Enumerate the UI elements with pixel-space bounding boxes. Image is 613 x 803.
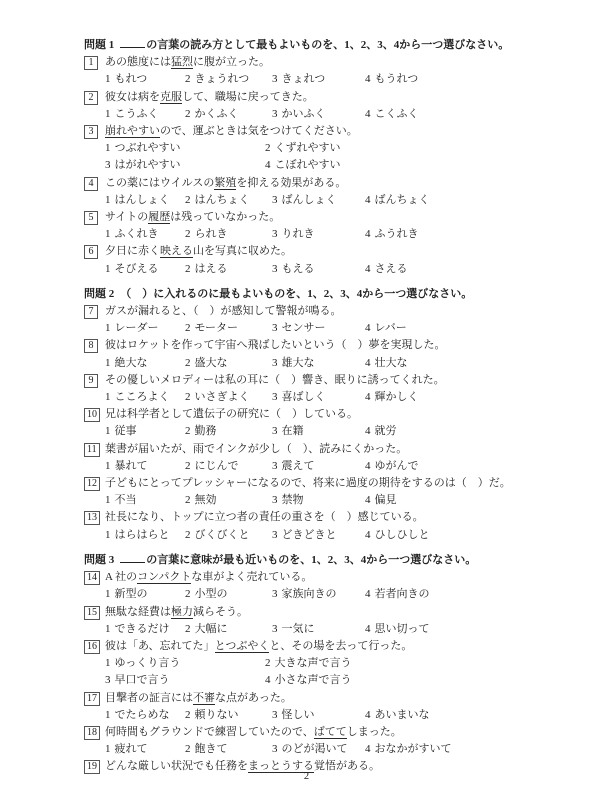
question-18: 18何時間もグラウンドで練習していたので、ばててしまった。1疲れて2飽きて3のど… <box>84 724 539 758</box>
section-heading-text: （ ）に入れるのに最もよいものを、1、2、3、4から一つ選びなさい。 <box>120 288 472 300</box>
sentence-text: と、その場を去って行った。 <box>269 640 412 652</box>
option-number: 2 <box>185 391 191 403</box>
question-16: 16彼は「あ、忘れてた」とつぶやくと、その場を去って行った。1ゆっくり言う2大き… <box>84 638 539 690</box>
option-number: 3 <box>272 743 278 755</box>
option-text: 勤務 <box>195 425 217 437</box>
option-number: 3 <box>272 529 278 541</box>
option-text: はんちょく <box>195 194 250 206</box>
options-row: 1そびえる2はえる3もえる4さえる <box>105 261 539 278</box>
option-text: こくふく <box>375 108 419 120</box>
option-number: 3 <box>272 494 278 506</box>
option-text: センサー <box>282 322 326 334</box>
options-row: 1不当2無効3禁物4偏見 <box>105 492 539 509</box>
sentence-text: な車がよく売れている。 <box>191 571 312 583</box>
option-1: 1不当 <box>105 492 185 509</box>
option-number: 1 <box>105 263 111 275</box>
option-1: 1暴れて <box>105 458 185 475</box>
option-2: 2くずれやすい <box>265 140 539 157</box>
option-2: 2大幅に <box>185 621 272 638</box>
options-row: 1従事2勤務3在籍4就労 <box>105 423 539 440</box>
question-number-box: 17 <box>84 692 100 706</box>
sentence-text: しまった。 <box>347 726 402 738</box>
option-number: 1 <box>105 194 111 206</box>
option-1: 1絶大な <box>105 355 185 372</box>
option-text: 喜ばしく <box>282 391 326 403</box>
option-text: 一気に <box>282 623 315 635</box>
options-row: 1つぶれやすい2くずれやすい3はがれやすい4こぼれやすい <box>105 140 539 174</box>
question-sentence: 社長になり、トップに立つ者の責任の重さを（ ）感じている。 <box>105 509 539 526</box>
sentence-text: 葉書が届いたが、雨でインクが少し（ ）、読みにくかった。 <box>105 443 407 455</box>
option-text: きょれつ <box>282 73 326 85</box>
question-sentence: 子どもにとってプレッシャーになるので、将来に過度の期待をするのは（ ）だ。 <box>105 475 539 492</box>
question-sentence: 彼女は病を克服して、職場に戻ってきた。 <box>105 89 539 106</box>
option-text: りれき <box>282 228 315 240</box>
underlined-term: 猛烈 <box>171 56 193 69</box>
question-sentence: A 社のコンパクトな車がよく売れている。 <box>105 569 539 586</box>
sentence-text: 夕日に赤く <box>105 245 160 257</box>
option-text: 怪しい <box>282 709 315 721</box>
sentence-text: を抑える効果がある。 <box>236 177 346 189</box>
option-text: できるだけ <box>115 623 170 635</box>
option-3: 3はがれやすい <box>105 157 265 174</box>
option-3: 3震えて <box>272 458 365 475</box>
options-row: 1できるだけ2大幅に3一気に4思い切って <box>105 621 539 638</box>
question-sentence: 夕日に赤く映える山を写真に収めた。 <box>105 243 539 260</box>
option-2: 2盛大な <box>185 355 272 372</box>
question-number-box: 5 <box>84 211 98 225</box>
option-text: 偏見 <box>375 494 397 506</box>
option-text: 早口で言う <box>115 674 170 686</box>
option-1: 1でたらめな <box>105 707 185 724</box>
option-number: 2 <box>185 425 191 437</box>
section-heading-prefix: 問題 3 <box>84 554 114 566</box>
question-10: 10兄は科学者として遺伝子の研究に（ ）している。1従事2勤務3在籍4就労 <box>84 406 539 440</box>
question-sentence: ガスが漏れると、（ ）が感知して警報が鳴る。 <box>105 303 539 320</box>
option-number: 1 <box>105 108 111 120</box>
sentence-text: 何時間もグラウンドで練習していたので、 <box>105 726 314 738</box>
option-number: 3 <box>272 709 278 721</box>
option-4: 4思い切って <box>365 621 539 638</box>
option-number: 2 <box>185 263 191 275</box>
option-3: 3怪しい <box>272 707 365 724</box>
option-text: でたらめな <box>115 709 170 721</box>
underlined-term: 克服 <box>160 91 182 104</box>
option-text: ふくれき <box>115 228 159 240</box>
option-number: 4 <box>365 529 371 541</box>
option-2: 2頼りない <box>185 707 272 724</box>
option-number: 4 <box>365 108 371 120</box>
option-4: 4こぼれやすい <box>265 157 539 174</box>
option-1: 1ふくれき <box>105 226 185 243</box>
section-heading: 問題 1の言葉の読み方として最もよいものを、1、2、3、4から一つ選びなさい。 <box>84 37 539 54</box>
option-2: 2モーター <box>185 320 272 337</box>
option-number: 4 <box>365 357 371 369</box>
option-text: ふうれき <box>375 228 419 240</box>
exam-page: 問題 1の言葉の読み方として最もよいものを、1、2、3、4から一つ選びなさい。1… <box>0 0 613 803</box>
option-text: 頼りない <box>195 709 239 721</box>
sentence-text: 目撃者の証言には <box>105 692 193 704</box>
options-row: 1こころよく2いさぎよく3喜ばしく4輝かしく <box>105 389 539 406</box>
sentence-text: 彼は「あ、忘れてた」 <box>105 640 215 652</box>
option-text: 絶大な <box>115 357 148 369</box>
question-13: 13社長になり、トップに立つ者の責任の重さを（ ）感じている。1はらはらと2びく… <box>84 509 539 543</box>
options-row: 1こうふく2かくふく3かいふく4こくふく <box>105 106 539 123</box>
option-3: 3喜ばしく <box>272 389 365 406</box>
question-14: 14A 社のコンパクトな車がよく売れている。1新型の2小型の3家族向きの4若者向… <box>84 569 539 603</box>
question-number-box: 16 <box>84 640 100 654</box>
option-text: びくびくと <box>195 529 250 541</box>
question-sentence: サイトの履歴は残っていなかった。 <box>105 209 539 226</box>
question-sentence: 彼はロケットを作って宇宙へ飛ばしたいという（ ）夢を実現した。 <box>105 337 539 354</box>
option-number: 2 <box>185 73 191 85</box>
option-text: こうふく <box>115 108 159 120</box>
option-text: 暴れて <box>115 460 148 472</box>
option-text: 禁物 <box>282 494 304 506</box>
options-row: 1ふくれき2られき3りれき4ふうれき <box>105 226 539 243</box>
option-text: 大きな声で言う <box>275 657 352 669</box>
options-row: 1でたらめな2頼りない3怪しい4あいまいな <box>105 707 539 724</box>
question-number-box: 14 <box>84 571 100 585</box>
sentence-text: A 社の <box>105 571 137 583</box>
option-number: 1 <box>105 73 111 85</box>
option-1: 1新型の <box>105 586 185 603</box>
option-number: 1 <box>105 228 111 240</box>
options-row: 1もれつ2きょうれつ3きょれつ4もうれつ <box>105 71 539 88</box>
sentence-text: サイトの <box>105 211 148 223</box>
option-4: 4小さな声で言う <box>265 672 539 689</box>
option-2: 2勤務 <box>185 423 272 440</box>
exam-content: 問題 1の言葉の読み方として最もよいものを、1、2、3、4から一つ選びなさい。1… <box>84 37 539 776</box>
option-3: 3かいふく <box>272 106 365 123</box>
option-number: 4 <box>365 460 371 472</box>
option-number: 1 <box>105 588 111 600</box>
sentence-text: 山を写真に収めた。 <box>193 245 292 257</box>
option-number: 1 <box>105 494 111 506</box>
option-4: 4ひしひしと <box>365 527 539 544</box>
option-text: おなかがすいて <box>375 743 452 755</box>
option-number: 2 <box>265 142 271 154</box>
option-number: 3 <box>105 159 111 171</box>
option-text: 無効 <box>195 494 217 506</box>
option-1: 1つぶれやすい <box>105 140 265 157</box>
option-number: 3 <box>272 108 278 120</box>
option-2: 2びくびくと <box>185 527 272 544</box>
option-text: 飽きて <box>195 743 228 755</box>
section-heading: 問題 3の言葉に意味が最も近いものを、1、2、3、4から一つ選びなさい。 <box>84 552 539 569</box>
option-number: 3 <box>272 588 278 600</box>
page-number: 2 <box>0 770 613 784</box>
sentence-text: 彼女は病を <box>105 91 160 103</box>
option-number: 4 <box>365 494 371 506</box>
options-row: 1レーダー2モーター3センサー4レバー <box>105 320 539 337</box>
sentence-text: 彼はロケットを作って宇宙へ飛ばしたいという（ ）夢を実現した。 <box>105 339 445 351</box>
section-heading-text: の言葉に意味が最も近いものを、1、2、3、4から一つ選びなさい。 <box>146 554 476 566</box>
question-sentence: その優しいメロディーは私の耳に（ ）響き、眠りに誘ってくれた。 <box>105 372 539 389</box>
option-3: 3もえる <box>272 261 365 278</box>
option-4: 4もうれつ <box>365 71 539 88</box>
question-number-box: 2 <box>84 91 98 105</box>
option-text: はえる <box>195 263 228 275</box>
option-1: 1従事 <box>105 423 185 440</box>
option-text: かいふく <box>282 108 326 120</box>
option-text: もえる <box>282 263 315 275</box>
option-1: 1こうふく <box>105 106 185 123</box>
option-3: 3りれき <box>272 226 365 243</box>
question-sentence: この薬にはウイルスの繁殖を抑える効果がある。 <box>105 175 539 192</box>
option-number: 1 <box>105 142 111 154</box>
question-8: 8彼はロケットを作って宇宙へ飛ばしたいという（ ）夢を実現した。1絶大な2盛大な… <box>84 337 539 371</box>
question-sentence: 何時間もグラウンドで練習していたので、ばててしまった。 <box>105 724 539 741</box>
option-number: 3 <box>272 357 278 369</box>
option-2: 2きょうれつ <box>185 71 272 88</box>
underlined-term: 映える <box>160 245 193 258</box>
option-3: 3在籍 <box>272 423 365 440</box>
sentence-text: して、職場に戻ってきた。 <box>182 91 314 103</box>
option-3: 3ばんしょく <box>272 192 365 209</box>
question-4: 4この薬にはウイルスの繁殖を抑える効果がある。1はんしょく2はんちょく3ばんしょ… <box>84 175 539 209</box>
option-2: 2飽きて <box>185 741 272 758</box>
option-2: 2はんちょく <box>185 192 272 209</box>
option-1: 1できるだけ <box>105 621 185 638</box>
option-number: 1 <box>105 743 111 755</box>
heading-blank-underline <box>120 44 145 48</box>
option-text: どきどきと <box>282 529 337 541</box>
option-number: 4 <box>365 425 371 437</box>
sentence-text: その優しいメロディーは私の耳に（ ）響き、眠りに誘ってくれた。 <box>105 374 445 386</box>
options-row: 1はらはらと2びくびくと3どきどきと4ひしひしと <box>105 527 539 544</box>
sentence-text: は残っていなかった。 <box>170 211 280 223</box>
option-3: 3センサー <box>272 320 365 337</box>
question-9: 9その優しいメロディーは私の耳に（ ）響き、眠りに誘ってくれた。1こころよく2い… <box>84 372 539 406</box>
question-number-box: 13 <box>84 511 100 525</box>
option-text: 家族向きの <box>282 588 337 600</box>
option-number: 1 <box>105 657 111 669</box>
option-text: くずれやすい <box>275 142 341 154</box>
option-text: いさぎよく <box>195 391 250 403</box>
section-2: 問題 2（ ）に入れるのに最もよいものを、1、2、3、4から一つ選びなさい。7ガ… <box>84 286 539 544</box>
option-text: そびえる <box>115 263 159 275</box>
option-text: 小さな声で言う <box>275 674 352 686</box>
question-17: 17目撃者の証言には不審な点があった。1でたらめな2頼りない3怪しい4あいまいな <box>84 690 539 724</box>
section-heading-prefix: 問題 1 <box>84 39 114 51</box>
question-number-box: 11 <box>84 443 100 457</box>
option-2: 2無効 <box>185 492 272 509</box>
option-number: 4 <box>365 322 371 334</box>
option-number: 4 <box>365 263 371 275</box>
option-text: はがれやすい <box>115 159 181 171</box>
option-text: ばんしょく <box>282 194 337 206</box>
underlined-term: コンパクト <box>137 571 191 584</box>
option-number: 3 <box>272 228 278 240</box>
underlined-term: 不審 <box>193 692 215 705</box>
option-2: 2られき <box>185 226 272 243</box>
option-3: 3どきどきと <box>272 527 365 544</box>
option-number: 1 <box>105 357 111 369</box>
option-text: 疲れて <box>115 743 148 755</box>
question-number-box: 7 <box>84 305 98 319</box>
options-row: 1絶大な2盛大な3雄大な4壮大な <box>105 355 539 372</box>
option-2: 2かくふく <box>185 106 272 123</box>
option-text: 不当 <box>115 494 137 506</box>
option-number: 1 <box>105 709 111 721</box>
section-heading: 問題 2（ ）に入れるのに最もよいものを、1、2、3、4から一つ選びなさい。 <box>84 286 539 303</box>
option-3: 3禁物 <box>272 492 365 509</box>
options-row: 1暴れて2にじんで3震えて4ゆがんで <box>105 458 539 475</box>
option-number: 2 <box>185 588 191 600</box>
option-number: 2 <box>185 709 191 721</box>
option-number: 2 <box>185 743 191 755</box>
option-number: 2 <box>185 322 191 334</box>
sentence-text: 社長になり、トップに立つ者の責任の重さを（ ）感じている。 <box>105 511 424 523</box>
sentence-text: 子どもにとってプレッシャーになるので、将来に過度の期待をするのは（ ）だ。 <box>105 477 511 489</box>
question-2: 2彼女は病を克服して、職場に戻ってきた。1こうふく2かくふく3かいふく4こくふく <box>84 89 539 123</box>
question-number-box: 15 <box>84 606 100 620</box>
option-number: 3 <box>272 263 278 275</box>
option-text: 輝かしく <box>375 391 419 403</box>
option-4: 4レバー <box>365 320 539 337</box>
question-15: 15無駄な経費は極力減らそう。1できるだけ2大幅に3一気に4思い切って <box>84 604 539 638</box>
question-11: 11葉書が届いたが、雨でインクが少し（ ）、読みにくかった。1暴れて2にじんで3… <box>84 441 539 475</box>
option-number: 4 <box>365 709 371 721</box>
question-5: 5サイトの履歴は残っていなかった。1ふくれき2られき3りれき4ふうれき <box>84 209 539 243</box>
option-number: 1 <box>105 623 111 635</box>
section-heading-text: の言葉の読み方として最もよいものを、1、2、3、4から一つ選びなさい。 <box>146 39 509 51</box>
option-text: 小型の <box>195 588 228 600</box>
question-sentence: 目撃者の証言には不審な点があった。 <box>105 690 539 707</box>
option-text: のどが渇いて <box>282 743 348 755</box>
option-text: 大幅に <box>195 623 228 635</box>
option-4: 4こくふく <box>365 106 539 123</box>
option-number: 4 <box>365 228 371 240</box>
sentence-text: ので、運ぶときは気をつけてください。 <box>160 125 358 137</box>
option-text: 新型の <box>115 588 148 600</box>
option-1: 1レーダー <box>105 320 185 337</box>
option-2: 2いさぎよく <box>185 389 272 406</box>
sentence-text: 兄は科学者として遺伝子の研究に（ ）している。 <box>105 408 358 420</box>
option-number: 4 <box>365 743 371 755</box>
underlined-term: ばてて <box>314 726 347 739</box>
sentence-text: ガスが漏れると、（ ）が感知して警報が鳴る。 <box>105 305 342 317</box>
option-1: 1疲れて <box>105 741 185 758</box>
option-2: 2はえる <box>185 261 272 278</box>
option-text: 在籍 <box>282 425 304 437</box>
option-text: ばんちょく <box>375 194 430 206</box>
sentence-text: あの態度には <box>105 56 171 68</box>
option-text: にじんで <box>195 460 239 472</box>
option-number: 4 <box>265 674 271 686</box>
option-text: 盛大な <box>195 357 228 369</box>
option-text: ゆがんで <box>375 460 419 472</box>
option-text: 思い切って <box>375 623 430 635</box>
option-number: 4 <box>365 588 371 600</box>
option-number: 1 <box>105 391 111 403</box>
option-4: 4あいまいな <box>365 707 539 724</box>
option-2: 2小型の <box>185 586 272 603</box>
option-text: 若者向きの <box>375 588 430 600</box>
option-text: 就労 <box>375 425 397 437</box>
option-text: モーター <box>195 322 239 334</box>
question-number-box: 12 <box>84 477 100 491</box>
option-text: ゆっくり言う <box>115 657 181 669</box>
option-1: 1はらはらと <box>105 527 185 544</box>
option-text: さえる <box>375 263 408 275</box>
question-sentence: 崩れやすいので、運ぶときは気をつけてください。 <box>105 123 539 140</box>
option-text: 従事 <box>115 425 137 437</box>
option-2: 2にじんで <box>185 458 272 475</box>
option-3: 3早口で言う <box>105 672 265 689</box>
option-text: きょうれつ <box>195 73 250 85</box>
option-text: もうれつ <box>375 73 419 85</box>
option-1: 1はんしょく <box>105 192 185 209</box>
underlined-term: 繁殖 <box>214 177 236 190</box>
question-number-box: 6 <box>84 245 98 259</box>
option-3: 3のどが渇いて <box>272 741 365 758</box>
option-1: 1もれつ <box>105 71 185 88</box>
option-number: 2 <box>185 460 191 472</box>
question-3: 3崩れやすいので、運ぶときは気をつけてください。1つぶれやすい2くずれやすい3は… <box>84 123 539 175</box>
question-sentence: 葉書が届いたが、雨でインクが少し（ ）、読みにくかった。 <box>105 441 539 458</box>
option-text: はんしょく <box>115 194 170 206</box>
option-text: こぼれやすい <box>275 159 341 171</box>
question-number-box: 9 <box>84 374 98 388</box>
options-row: 1疲れて2飽きて3のどが渇いて4おなかがすいて <box>105 741 539 758</box>
option-number: 1 <box>105 529 111 541</box>
option-number: 3 <box>272 194 278 206</box>
option-number: 2 <box>185 228 191 240</box>
option-number: 3 <box>272 425 278 437</box>
option-text: 壮大な <box>375 357 408 369</box>
option-number: 1 <box>105 425 111 437</box>
option-text: つぶれやすい <box>115 142 181 154</box>
section-3: 問題 3の言葉に意味が最も近いものを、1、2、3、4から一つ選びなさい。14A … <box>84 552 539 776</box>
option-number: 4 <box>365 623 371 635</box>
option-text: もれつ <box>115 73 148 85</box>
option-number: 3 <box>272 73 278 85</box>
option-text: 雄大な <box>282 357 315 369</box>
underlined-term: 崩れやすい <box>105 125 160 138</box>
option-1: 1ゆっくり言う <box>105 655 265 672</box>
sentence-text: な点があった。 <box>215 692 292 704</box>
question-sentence: 兄は科学者として遺伝子の研究に（ ）している。 <box>105 406 539 423</box>
option-4: 4壮大な <box>365 355 539 372</box>
options-row: 1はんしょく2はんちょく3ばんしょく4ばんちょく <box>105 192 539 209</box>
section-1: 問題 1の言葉の読み方として最もよいものを、1、2、3、4から一つ選びなさい。1… <box>84 37 539 278</box>
option-text: こころよく <box>115 391 170 403</box>
question-6: 6夕日に赤く映える山を写真に収めた。1そびえる2はえる3もえる4さえる <box>84 243 539 277</box>
option-4: 4ばんちょく <box>365 192 539 209</box>
option-number: 3 <box>105 674 111 686</box>
option-4: 4ゆがんで <box>365 458 539 475</box>
section-heading-prefix: 問題 2 <box>84 288 114 300</box>
option-number: 2 <box>185 108 191 120</box>
question-number-box: 8 <box>84 339 98 353</box>
option-number: 2 <box>185 194 191 206</box>
option-text: レーダー <box>115 322 159 334</box>
option-1: 1そびえる <box>105 261 185 278</box>
question-12: 12子どもにとってプレッシャーになるので、将来に過度の期待をするのは（ ）だ。1… <box>84 475 539 509</box>
option-number: 2 <box>185 623 191 635</box>
option-text: はらはらと <box>115 529 170 541</box>
option-number: 3 <box>272 460 278 472</box>
heading-blank-underline <box>120 559 145 563</box>
option-3: 3一気に <box>272 621 365 638</box>
option-number: 4 <box>365 194 371 206</box>
underlined-term: 極力 <box>171 606 193 619</box>
option-3: 3きょれつ <box>272 71 365 88</box>
question-number-box: 18 <box>84 726 100 740</box>
question-number-box: 1 <box>84 56 98 70</box>
option-1: 1こころよく <box>105 389 185 406</box>
